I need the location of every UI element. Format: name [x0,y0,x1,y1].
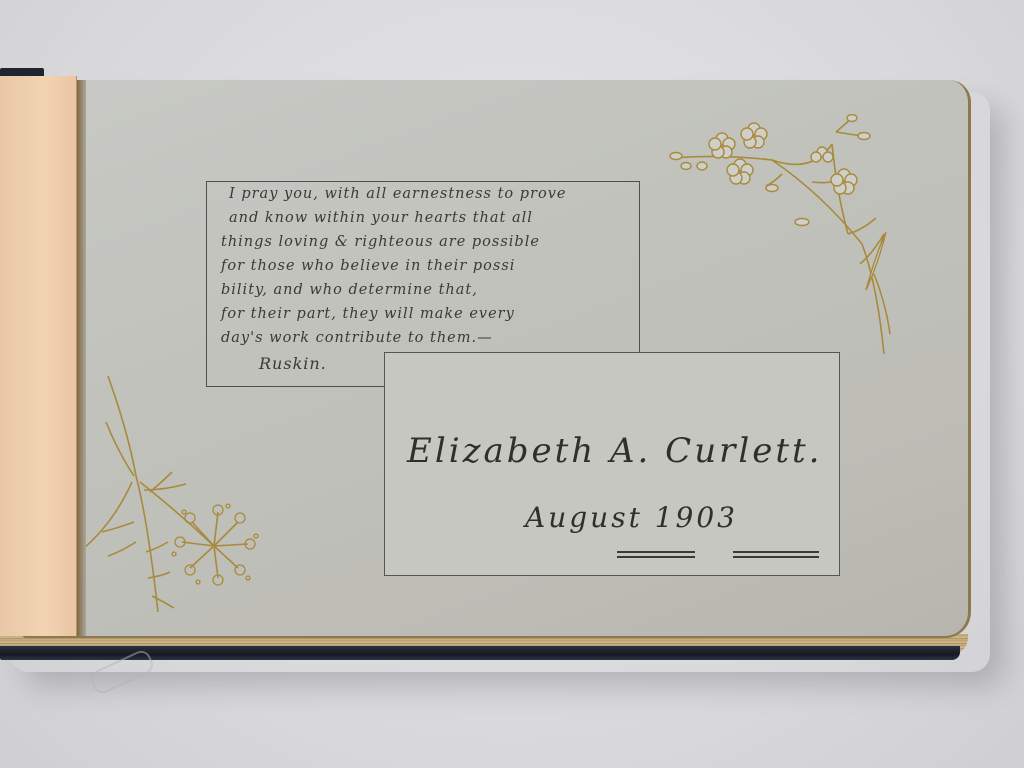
quote-line: day's work contribute to them.— [221,330,493,346]
quote-line: for their part, they will make every [221,306,515,322]
signature-date: August 1903 [525,501,738,534]
quote-line: and know within your hearts that all [229,210,533,226]
quote-line: for those who believe in their possi [221,258,515,274]
quote-line: I pray you, with all earnestness to prov… [229,186,566,202]
flyleaf-page [0,76,77,636]
quote-line: things loving & righteous are possible [221,234,540,250]
date-underline [617,551,695,553]
signature-box: Elizabeth A. Curlett. August 1903 [384,352,840,576]
date-underline [733,556,819,558]
album-page: I pray you, with all earnestness to prov… [22,80,971,638]
date-underline [733,551,819,553]
forget-me-not-sprig-icon [662,114,902,364]
quote-attribution: Ruskin. [259,354,327,373]
signature-name: Elizabeth A. Curlett. [407,431,822,471]
date-underline [617,556,695,558]
quote-line: bility, and who determine that, [221,282,478,298]
queens-lace-sprig-icon [78,372,278,622]
